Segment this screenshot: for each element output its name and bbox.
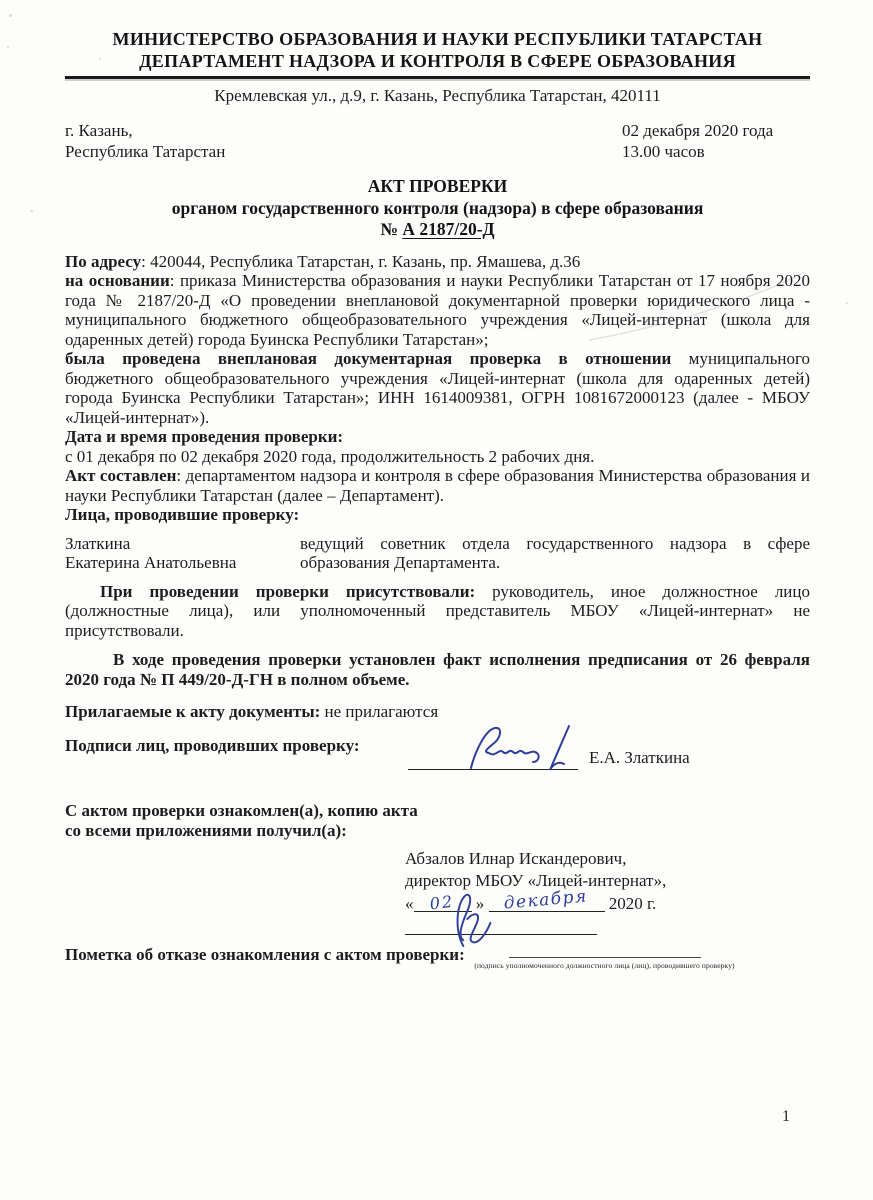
inspector-signature-row: Подписи лиц, проводивших проверку: Е.А. … [65, 730, 810, 784]
inspector-row: Златкина Екатерина Анатольевна ведущий с… [65, 534, 810, 573]
place-city: г. Казань, [65, 120, 225, 141]
address-paragraph: По адресу: 420044, Республика Татарстан,… [65, 252, 810, 272]
org-name-line2: ДЕПАРТАМЕНТ НАДЗОРА И КОНТРОЛЯ В СФЕРЕ О… [65, 50, 810, 72]
signature-caption: (подпись уполномоченного должностного ли… [472, 961, 737, 970]
org-address: Кремлевская ул., д.9, г. Казань, Республ… [65, 86, 810, 106]
present-paragraph: При проведении проверки присутствовали: … [65, 582, 810, 641]
document-page: МИНИСТЕРСТВО ОБРАЗОВАНИЯ И НАУКИ РЕСПУБЛ… [0, 0, 873, 1200]
signature-label: Подписи лиц, проводивших проверку: [65, 736, 360, 756]
inspector-signature-image [465, 723, 585, 775]
refusal-signature-line [509, 953, 701, 958]
datetime-value: с 01 декабря по 02 декабря 2020 года, пр… [65, 447, 810, 467]
place-block: г. Казань, Республика Татарстан [65, 120, 225, 162]
scan-speck [9, 14, 12, 17]
quote-open: « [405, 894, 414, 913]
doc-subtitle: органом государственного контроля (надзо… [65, 198, 810, 220]
scan-speck [7, 46, 9, 48]
doc-title-block: АКТ ПРОВЕРКИ органом государственного ко… [65, 176, 810, 241]
org-name-line1: МИНИСТЕРСТВО ОБРАЗОВАНИЯ И НАУКИ РЕСПУБЛ… [65, 28, 810, 50]
body-text: По адресу: 420044, Республика Татарстан,… [65, 252, 810, 525]
date-year: 2020 г. [609, 894, 657, 913]
inspector-position: ведущий советник отдела государственного… [300, 534, 810, 573]
refusal-row: Пометка об отказе ознакомления с актом п… [65, 945, 810, 989]
scan-speck [30, 210, 33, 212]
doc-number-prefix: № [380, 219, 402, 239]
doc-date: 02 декабря 2020 года [622, 120, 810, 141]
page-number: 1 [782, 1108, 790, 1126]
document-content: МИНИСТЕРСТВО ОБРАЗОВАНИЯ И НАУКИ РЕСПУБЛ… [65, 28, 810, 989]
doc-title: АКТ ПРОВЕРКИ [65, 176, 810, 198]
refusal-signature-area: (подпись уполномоченного должностного ли… [472, 953, 737, 970]
acknowledgment-line1: С актом проверки ознакомлен(а), копию ак… [65, 801, 810, 822]
basis-paragraph: на основании: приказа Министерства образ… [65, 271, 810, 349]
datetime-block: 02 декабря 2020 года 13.00 часов [622, 120, 810, 162]
acknowledgment-block: С актом проверки ознакомлен(а), копию ак… [65, 801, 810, 842]
doc-number: А 2187/20-Д [402, 219, 494, 239]
attachments-paragraph: Прилагаемые к акту документы: не прилага… [65, 702, 810, 722]
recipient-signature-image [433, 890, 513, 948]
place-date-row: г. Казань, Республика Татарстан 02 декаб… [65, 120, 810, 162]
datetime-label: Дата и время проведения проверки: [65, 427, 810, 447]
check-paragraph: была проведена внеплановая документарная… [65, 349, 810, 427]
result-paragraph: В ходе проведения проверки установлен фа… [65, 650, 810, 689]
persons-label: Лица, проводившие проверку: [65, 505, 810, 525]
body-text-2: При проведении проверки присутствовали: … [65, 582, 810, 722]
acknowledgment-line2: со всеми приложениями получил(а): [65, 821, 810, 842]
composed-paragraph: Акт составлен: департаментом надзора и к… [65, 466, 810, 505]
recipient-name: Абзалов Илнар Искандерович, [405, 848, 745, 871]
org-header: МИНИСТЕРСТВО ОБРАЗОВАНИЯ И НАУКИ РЕСПУБЛ… [65, 28, 810, 72]
place-region: Республика Татарстан [65, 141, 225, 162]
refusal-label: Пометка об отказе ознакомления с актом п… [65, 945, 465, 964]
doc-time: 13.00 часов [622, 141, 810, 162]
signer-name: Е.А. Златкина [589, 748, 690, 768]
scan-speck [846, 302, 848, 304]
header-rule [65, 76, 810, 79]
doc-number-line: № А 2187/20-Д [65, 219, 810, 241]
inspector-name: Златкина Екатерина Анатольевна [65, 534, 300, 573]
recipient-block: Абзалов Илнар Искандерович, директор МБО… [405, 848, 745, 936]
